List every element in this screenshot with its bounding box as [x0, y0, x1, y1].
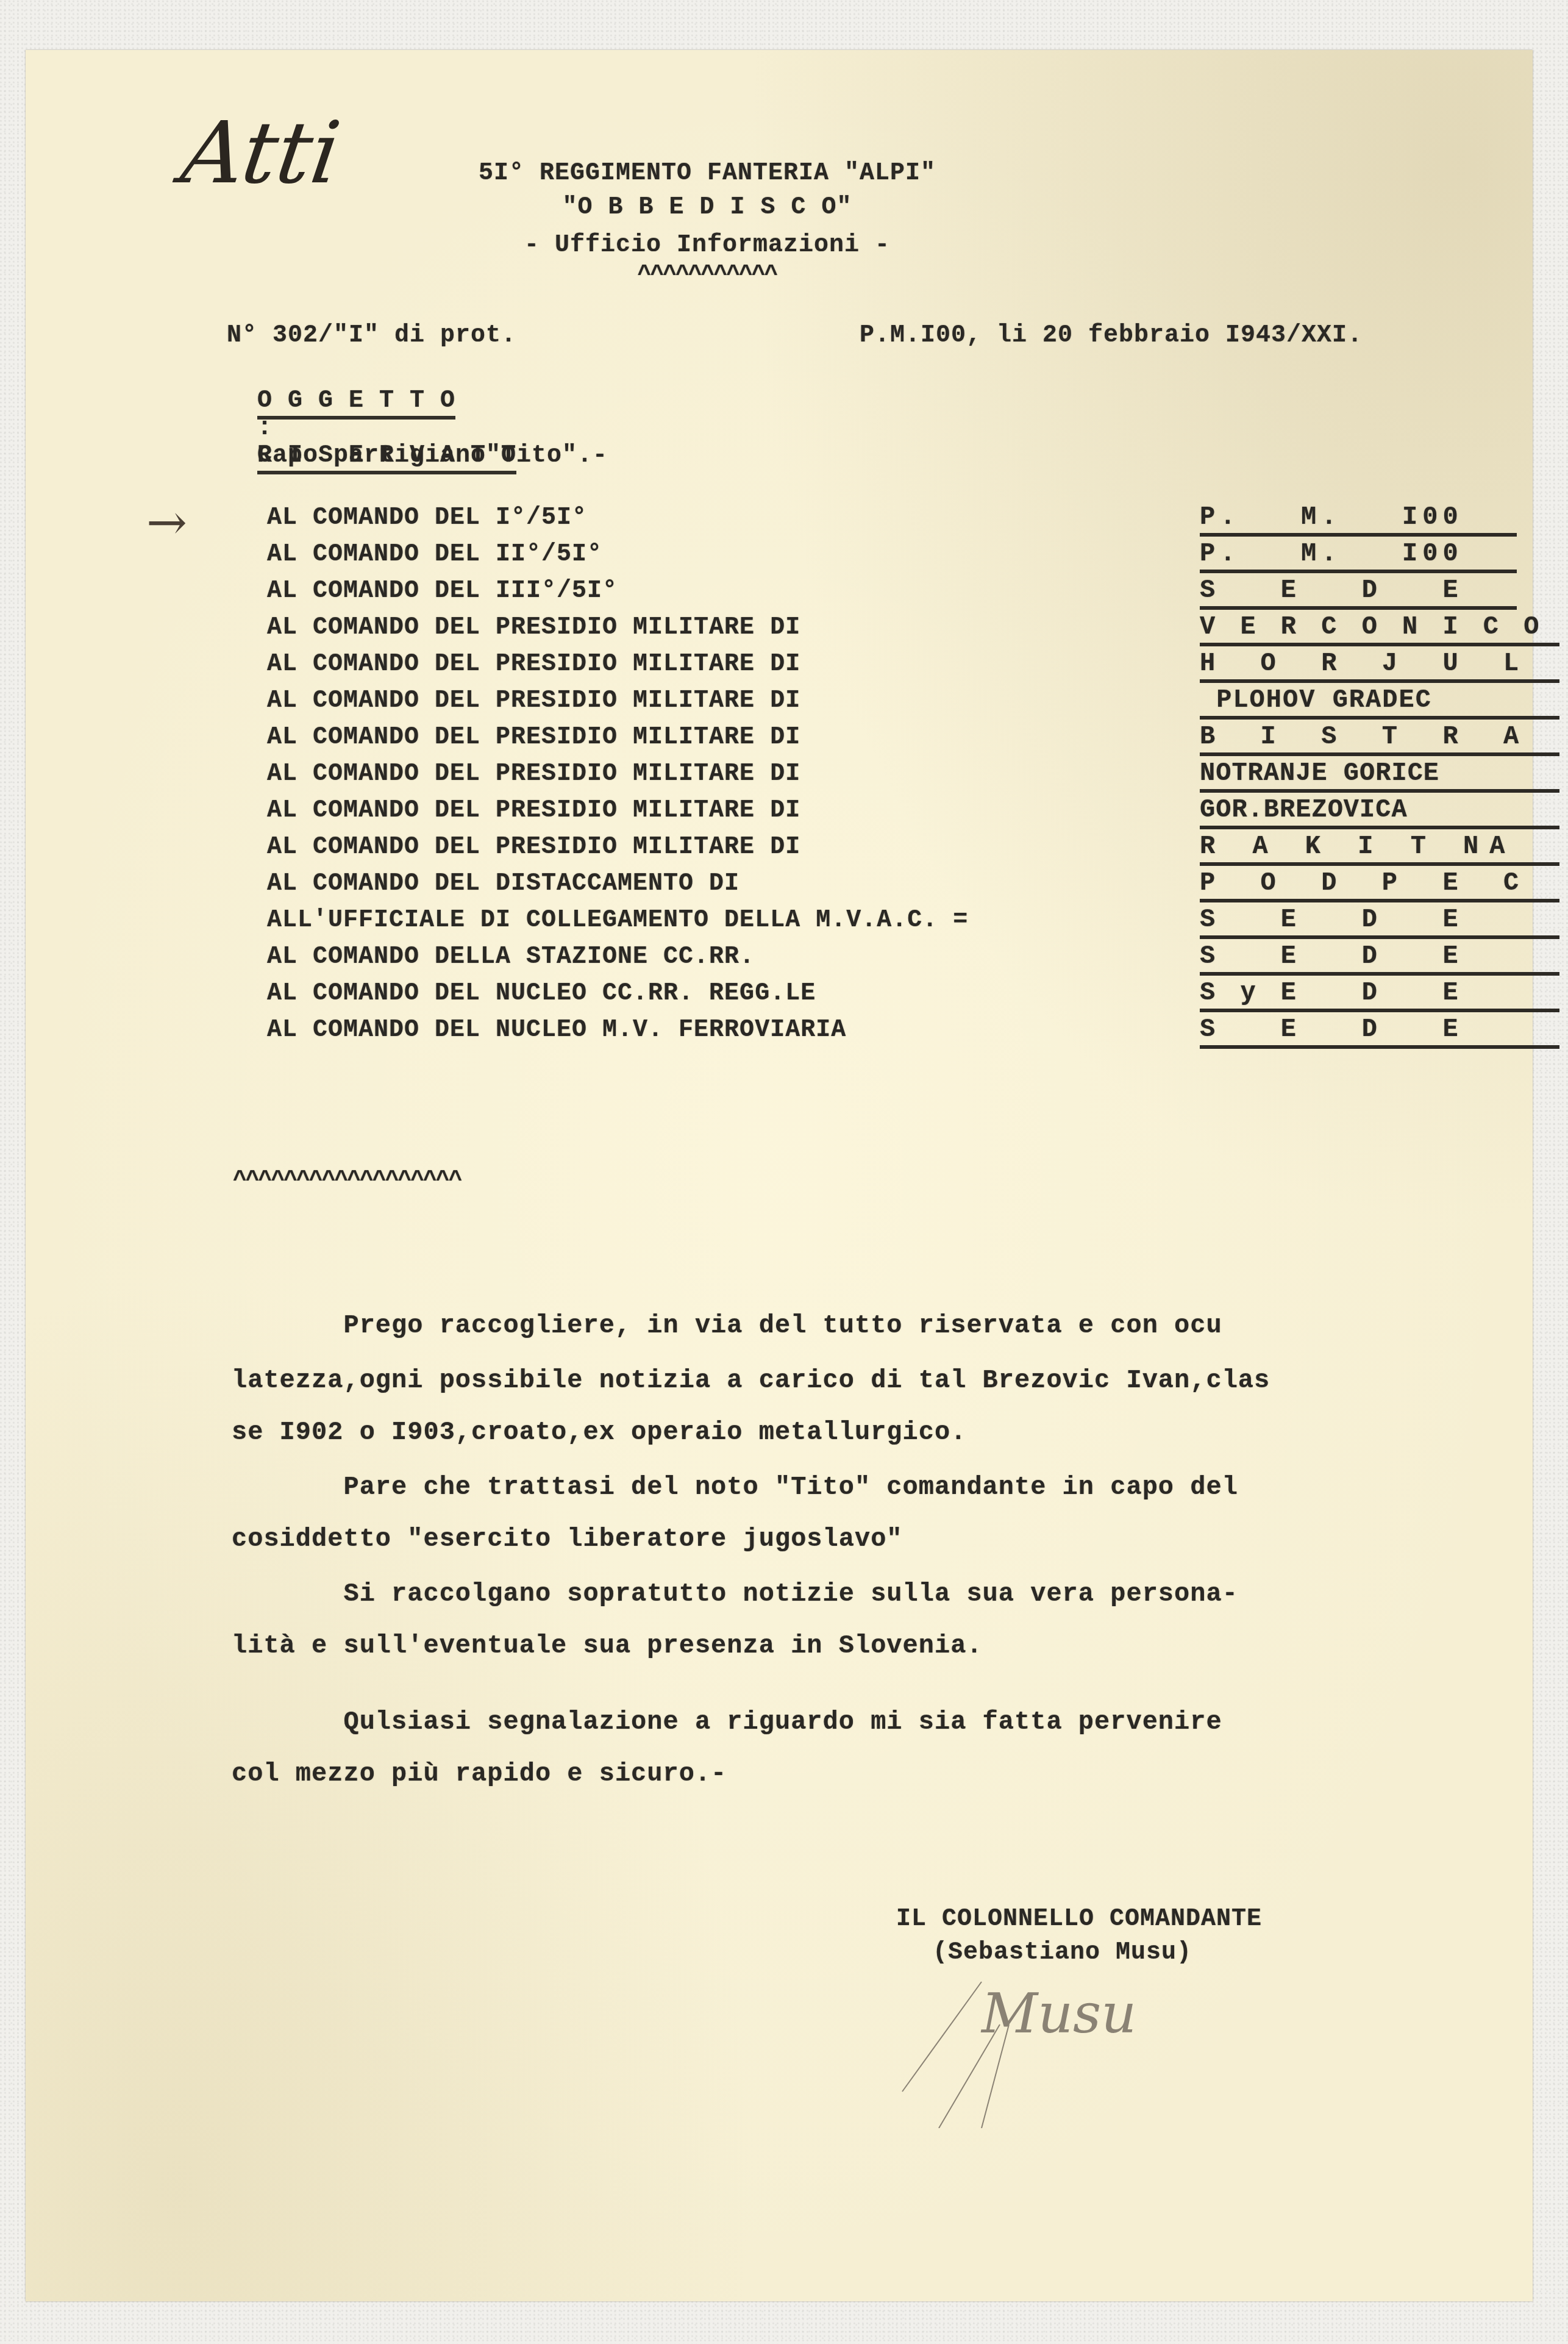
office-name: - Ufficio Informazioni -: [341, 232, 1073, 259]
recipient-place: S E D E: [1200, 574, 1517, 610]
signatory-title: IL COLONNELLO COMANDANTE: [896, 1906, 1262, 1933]
recipient-place: H O R J U L: [1200, 648, 1559, 683]
recipient-row: AL COMANDO DEL PRESIDIO MILITARE DI GOR.…: [267, 793, 1559, 829]
recipient-label: AL COMANDO DEL PRESIDIO MILITARE DI: [267, 829, 1200, 866]
recipient-row: AL COMANDO DEL II°/5I° P. M. I00: [267, 537, 1559, 573]
recipient-label: AL COMANDO DEL PRESIDIO MILITARE DI: [267, 720, 1200, 756]
signature-flourish: [896, 1970, 1079, 2128]
recipient-row: AL COMANDO DEL I°/5I° P. M. I00: [267, 500, 1559, 537]
recipient-label: AL COMANDO DEL DISTACCAMENTO DI: [267, 866, 1200, 902]
recipient-label: AL COMANDO DEL PRESIDIO MILITARE DI: [267, 610, 1200, 646]
recipient-row: AL COMANDO DEL PRESIDIO MILITARE DI V E …: [267, 610, 1559, 646]
recipient-row: AL COMANDO DEL NUCLEO M.V. FERROVIARIA S…: [267, 1012, 1559, 1049]
regiment-motto: "O B B E D I S C O": [341, 194, 1073, 221]
recipient-row: AL COMANDO DEL PRESIDIO MILITARE DI B I …: [267, 720, 1559, 756]
recipient-label: AL COMANDO DEL NUCLEO CC.RR. REGG.LE: [267, 976, 1200, 1012]
recipient-row: ALL'UFFICIALE DI COLLEGAMENTO DELLA M.V.…: [267, 902, 1559, 939]
regiment-title: 5I° REGGIMENTO FANTERIA "ALPI": [341, 160, 1073, 187]
recipient-label: ALL'UFFICIALE DI COLLEGAMENTO DELLA M.V.…: [267, 902, 1200, 939]
handwritten-annotation: Atti: [176, 104, 346, 203]
recipient-row: AL COMANDO DEL PRESIDIO MILITARE DI H O …: [267, 646, 1559, 683]
recipient-place: NOTRANJE GORICE: [1200, 757, 1559, 793]
body-line: Pare che trattasi del noto "Tito" comand…: [232, 1473, 1238, 1502]
body-line: lità e sull'eventuale sua presenza in Sl…: [232, 1631, 983, 1660]
recipient-place: V E R C O N I C O: [1200, 611, 1559, 646]
body-line: cosiddetto "esercito liberatore jugoslav…: [232, 1524, 903, 1554]
body-line: se I902 o I903,croato,ex operaio metallu…: [232, 1418, 966, 1447]
recipient-row: AL COMANDO DEL III°/5I° S E D E: [267, 573, 1559, 610]
recipient-label: AL COMANDO DEL PRESIDIO MILITARE DI: [267, 646, 1200, 683]
recipient-label: AL COMANDO DEL I°/5I°: [267, 500, 1200, 537]
recipient-row: AL COMANDO DELLA STAZIONE CC.RR. S E D E: [267, 939, 1559, 976]
recipient-row: AL COMANDO DEL PRESIDIO MILITARE DI R A …: [267, 829, 1559, 866]
recipient-place: PLOHOV GRADEC: [1200, 684, 1559, 720]
recipient-place: B I S T R A: [1200, 721, 1559, 756]
recipients-list: AL COMANDO DEL I°/5I° P. M. I00 AL COMAN…: [267, 500, 1559, 1049]
recipient-row: AL COMANDO DEL PRESIDIO MILITARE DI NOTR…: [267, 756, 1559, 793]
body-line: Prego raccogliere, in via del tutto rise…: [232, 1311, 1222, 1340]
classification-label: R I S E R V A T O: [257, 442, 516, 474]
section-separator: ^^^^^^^^^^^^^^^^^^: [233, 1168, 461, 1194]
recipient-place: S E D E: [1200, 940, 1559, 976]
recipient-label: AL COMANDO DELLA STAZIONE CC.RR.: [267, 939, 1200, 976]
recipient-place: S E D E: [1200, 1013, 1559, 1049]
arrow-icon: →: [146, 494, 187, 551]
body-line: latezza,ogni possibile notizia a carico …: [232, 1366, 1270, 1395]
header-stars: ^^^^^^^^^^^: [341, 262, 1073, 288]
recipient-label: AL COMANDO DEL PRESIDIO MILITARE DI: [267, 683, 1200, 720]
classification: R I S E R V A T O: [227, 415, 516, 470]
body-line: col mezzo più rapido e sicuro.-: [232, 1759, 727, 1788]
place-date: P.M.I00, li 20 febbraio I943/XXI.: [860, 322, 1363, 349]
recipient-place: P O D P E C: [1200, 867, 1559, 902]
recipient-place: S y E D E: [1200, 977, 1559, 1012]
recipient-place: S E D E: [1200, 904, 1559, 939]
recipient-label: AL COMANDO DEL II°/5I°: [267, 537, 1200, 573]
body-line: Si raccolgano sopratutto notizie sulla s…: [232, 1579, 1238, 1609]
recipient-row: AL COMANDO DEL DISTACCAMENTO DI P O D P …: [267, 866, 1559, 902]
recipient-row: AL COMANDO DEL NUCLEO CC.RR. REGG.LE S y…: [267, 976, 1559, 1012]
recipient-place: GOR.BREZOVICA: [1200, 794, 1559, 829]
recipient-label: AL COMANDO DEL NUCLEO M.V. FERROVIARIA: [267, 1012, 1200, 1049]
recipient-label: AL COMANDO DEL III°/5I°: [267, 573, 1200, 610]
recipient-place: P. M. I00: [1200, 538, 1517, 573]
body-line: Qulsiasi segnalazione a riguardo mi sia …: [232, 1707, 1222, 1737]
recipient-place: P. M. I00: [1200, 501, 1517, 537]
recipient-row: AL COMANDO DEL PRESIDIO MILITARE DI PLOH…: [267, 683, 1559, 720]
protocol-number: N° 302/"I" di prot.: [227, 322, 516, 349]
recipient-label: AL COMANDO DEL PRESIDIO MILITARE DI: [267, 793, 1200, 829]
recipient-label: AL COMANDO DEL PRESIDIO MILITARE DI: [267, 756, 1200, 793]
signatory-name: (Sebastiano Musu): [933, 1939, 1192, 1967]
recipient-place: R A K I T NA: [1200, 831, 1559, 866]
